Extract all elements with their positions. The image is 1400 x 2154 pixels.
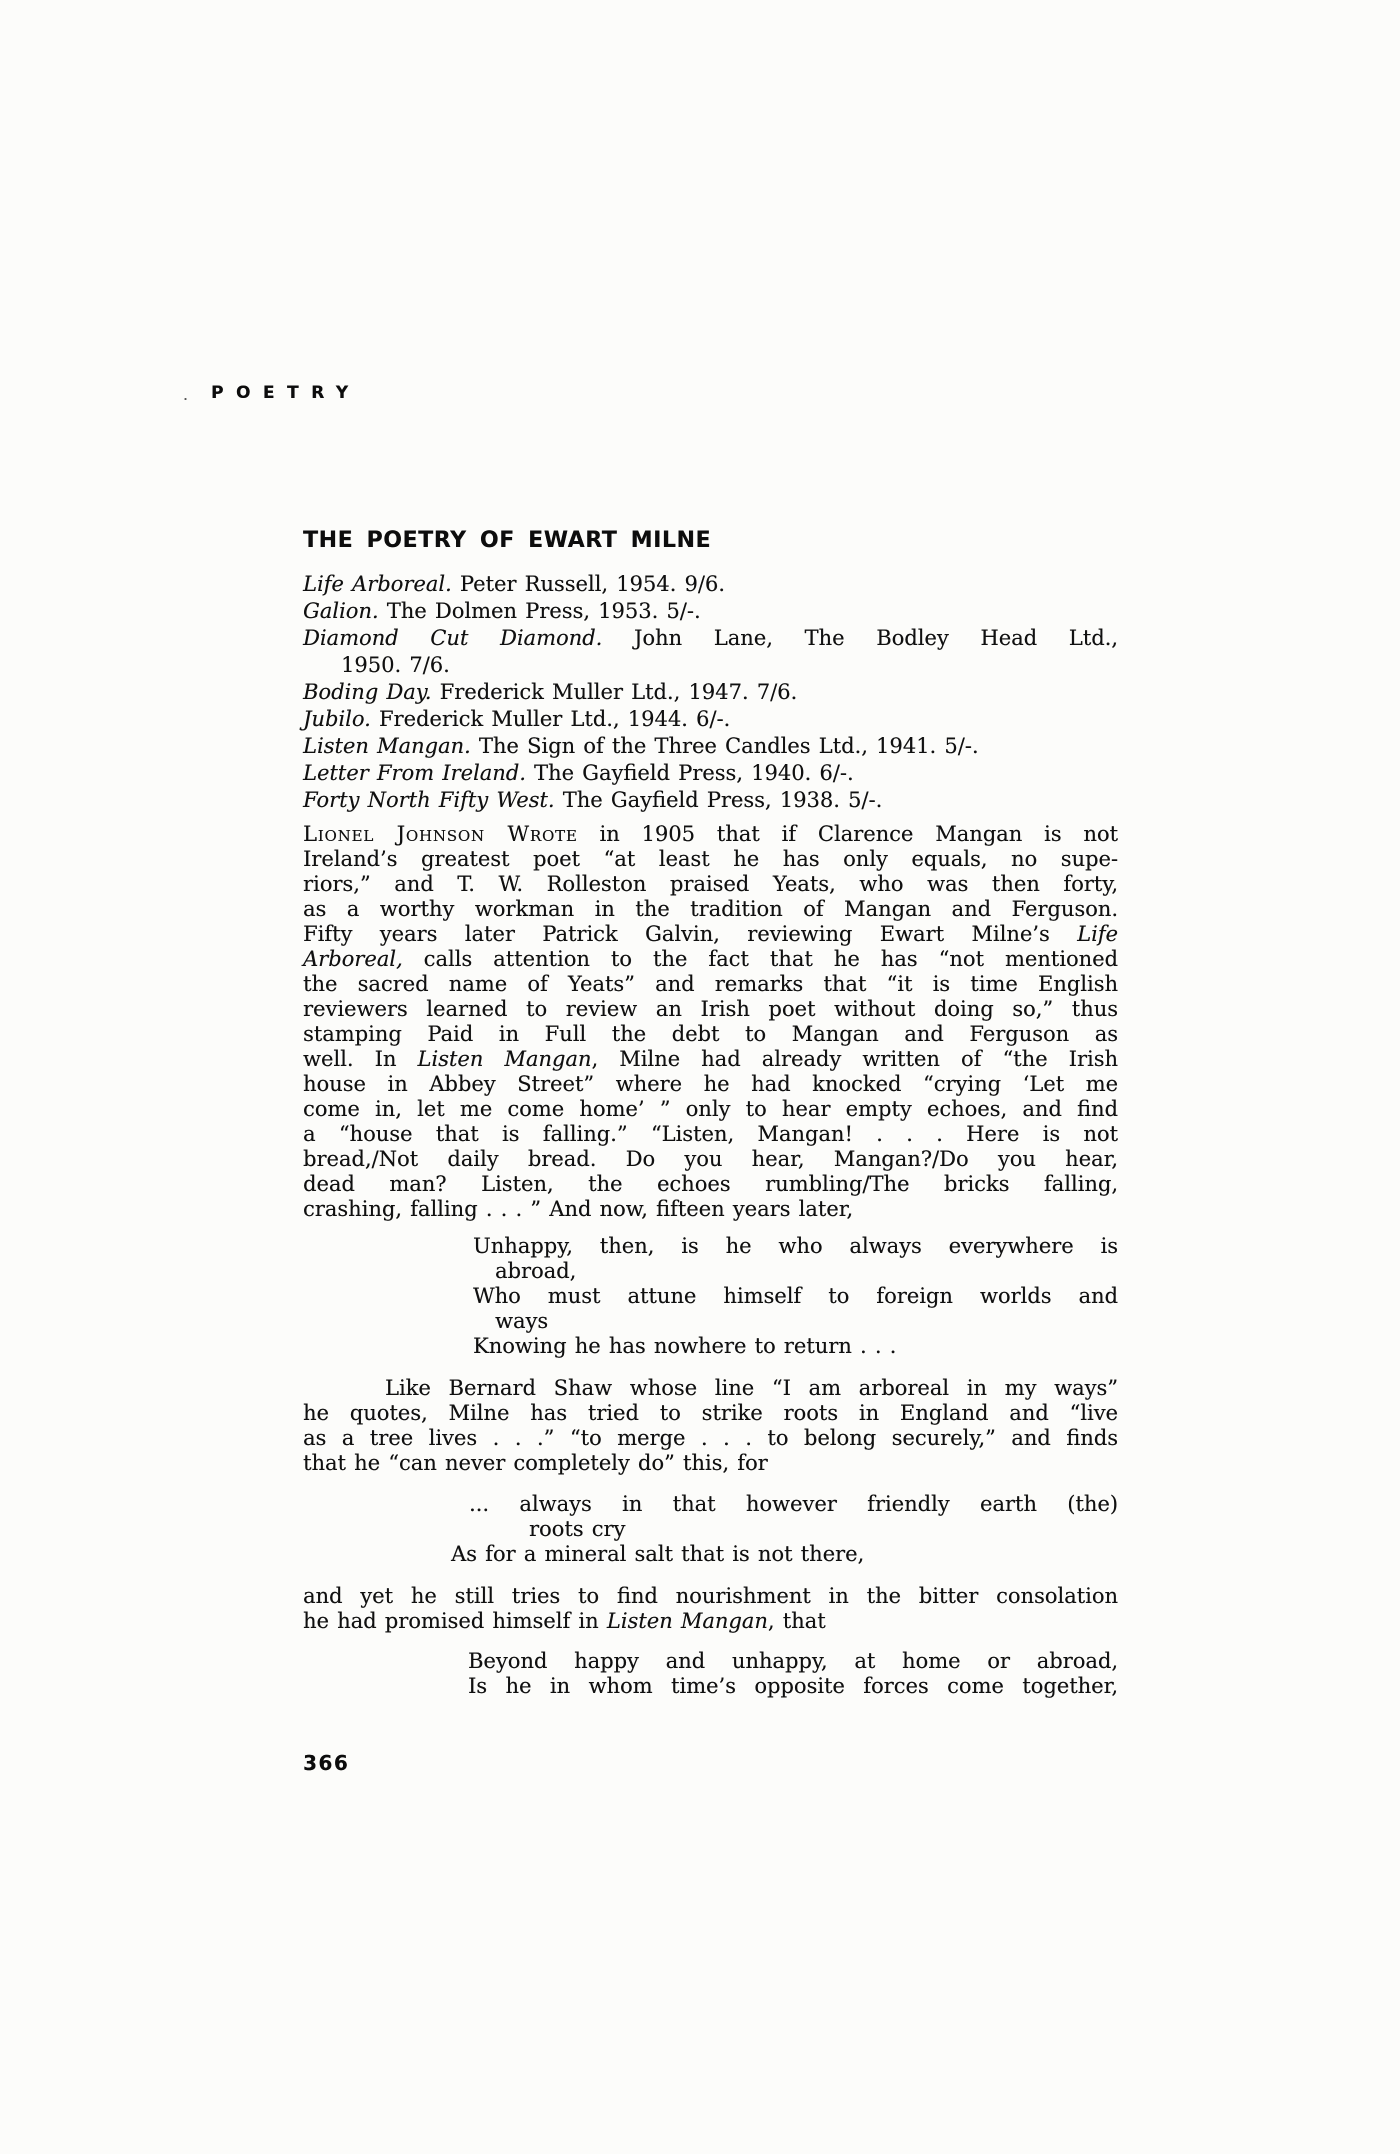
running-head: POETRY	[211, 383, 361, 403]
text-line: abroad,	[473, 1259, 1118, 1284]
text-line: he had promised himself in Listen Mangan…	[303, 1609, 1118, 1634]
text-line: Who must attune himself to foreign world…	[473, 1284, 1118, 1309]
text-line: he quotes, Milne has tried to strike roo…	[303, 1401, 1118, 1426]
text-line: dead man? Listen, the echoes rumbling/Th…	[303, 1172, 1118, 1197]
text-line: Forty North Fifty West. The Gayfield Pre…	[303, 787, 1118, 814]
text-line: Arboreal, calls attention to the fact th…	[303, 947, 1118, 972]
bibliography-list: Life Arboreal. Peter Russell, 1954. 9/6.…	[303, 571, 1118, 814]
text-line: a “house that is falling.” “Listen, Mang…	[303, 1122, 1118, 1147]
text-line: Listen Mangan. The Sign of the Three Can…	[303, 733, 1118, 760]
text-line: Diamond Cut Diamond. John Lane, The Bodl…	[303, 625, 1118, 652]
text-line: Jubilo. Frederick Muller Ltd., 1944. 6/-…	[303, 706, 1118, 733]
verse-quote-3: Beyond happy and unhappy, at home or abr…	[468, 1649, 1118, 1699]
body-paragraph-1: Lionel Johnson Wrote in 1905 that if Cla…	[303, 822, 1118, 1222]
text-line: stamping Paid in Full the debt to Mangan…	[303, 1022, 1118, 1047]
verse-quote-2: ... always in that however friendly eart…	[451, 1492, 1118, 1567]
text-line: Fifty years later Patrick Galvin, review…	[303, 922, 1118, 947]
text-line: Boding Day. Frederick Muller Ltd., 1947.…	[303, 679, 1118, 706]
text-line: riors,” and T. W. Rolleston praised Yeat…	[303, 872, 1118, 897]
text-line: Life Arboreal. Peter Russell, 1954. 9/6.	[303, 571, 1118, 598]
text-line: As for a mineral salt that is not there,	[451, 1542, 1118, 1567]
text-line: ... always in that however friendly eart…	[451, 1492, 1118, 1517]
text-line: Knowing he has nowhere to return . . .	[473, 1334, 1118, 1359]
scanned-magazine-page: . POETRY THE POETRY OF EWART MILNE Life …	[0, 0, 1400, 2154]
text-line: roots cry	[451, 1517, 1118, 1542]
text-line: bread,/Not daily bread. Do you hear, Man…	[303, 1147, 1118, 1172]
text-line: Lionel Johnson Wrote in 1905 that if Cla…	[303, 822, 1118, 847]
text-line: house in Abbey Street” where he had knoc…	[303, 1072, 1118, 1097]
text-line: come in, let me come home’ ” only to hea…	[303, 1097, 1118, 1122]
text-line: Letter From Ireland. The Gayfield Press,…	[303, 760, 1118, 787]
body-paragraph-2: Like Bernard Shaw whose line “I am arbor…	[303, 1376, 1118, 1476]
text-line: the sacred name of Yeats” and remarks th…	[303, 972, 1118, 997]
page-number: 366	[303, 1751, 1118, 1775]
text-line: Galion. The Dolmen Press, 1953. 5/-.	[303, 598, 1118, 625]
text-line: Ireland’s greatest poet “at least he has…	[303, 847, 1118, 872]
verse-quote-1: Unhappy, then, is he who always everywhe…	[473, 1234, 1118, 1359]
text-line: as a worthy workman in the tradition of …	[303, 897, 1118, 922]
text-line: that he “can never completely do” this, …	[303, 1451, 1118, 1476]
text-line: as a tree lives . . .” “to merge . . . t…	[303, 1426, 1118, 1451]
body-paragraph-3: and yet he still tries to find nourishme…	[303, 1584, 1118, 1634]
text-line: and yet he still tries to find nourishme…	[303, 1584, 1118, 1609]
text-line: crashing, falling . . . ” And now, fifte…	[303, 1197, 1118, 1222]
text-line: Like Bernard Shaw whose line “I am arbor…	[303, 1376, 1118, 1401]
text-line: Unhappy, then, is he who always everywhe…	[473, 1234, 1118, 1259]
text-line: ways	[473, 1309, 1118, 1334]
article-title: THE POETRY OF EWART MILNE	[303, 528, 1118, 554]
text-line: Beyond happy and unhappy, at home or abr…	[468, 1649, 1118, 1674]
text-line: 1950. 7/6.	[303, 652, 1118, 679]
print-artifact-dot: .	[183, 386, 188, 404]
text-line: well. In Listen Mangan, Milne had alread…	[303, 1047, 1118, 1072]
text-line: reviewers learned to review an Irish poe…	[303, 997, 1118, 1022]
text-line: Is he in whom time’s opposite forces com…	[468, 1674, 1118, 1699]
article-column: THE POETRY OF EWART MILNE Life Arboreal.…	[303, 528, 1118, 1775]
